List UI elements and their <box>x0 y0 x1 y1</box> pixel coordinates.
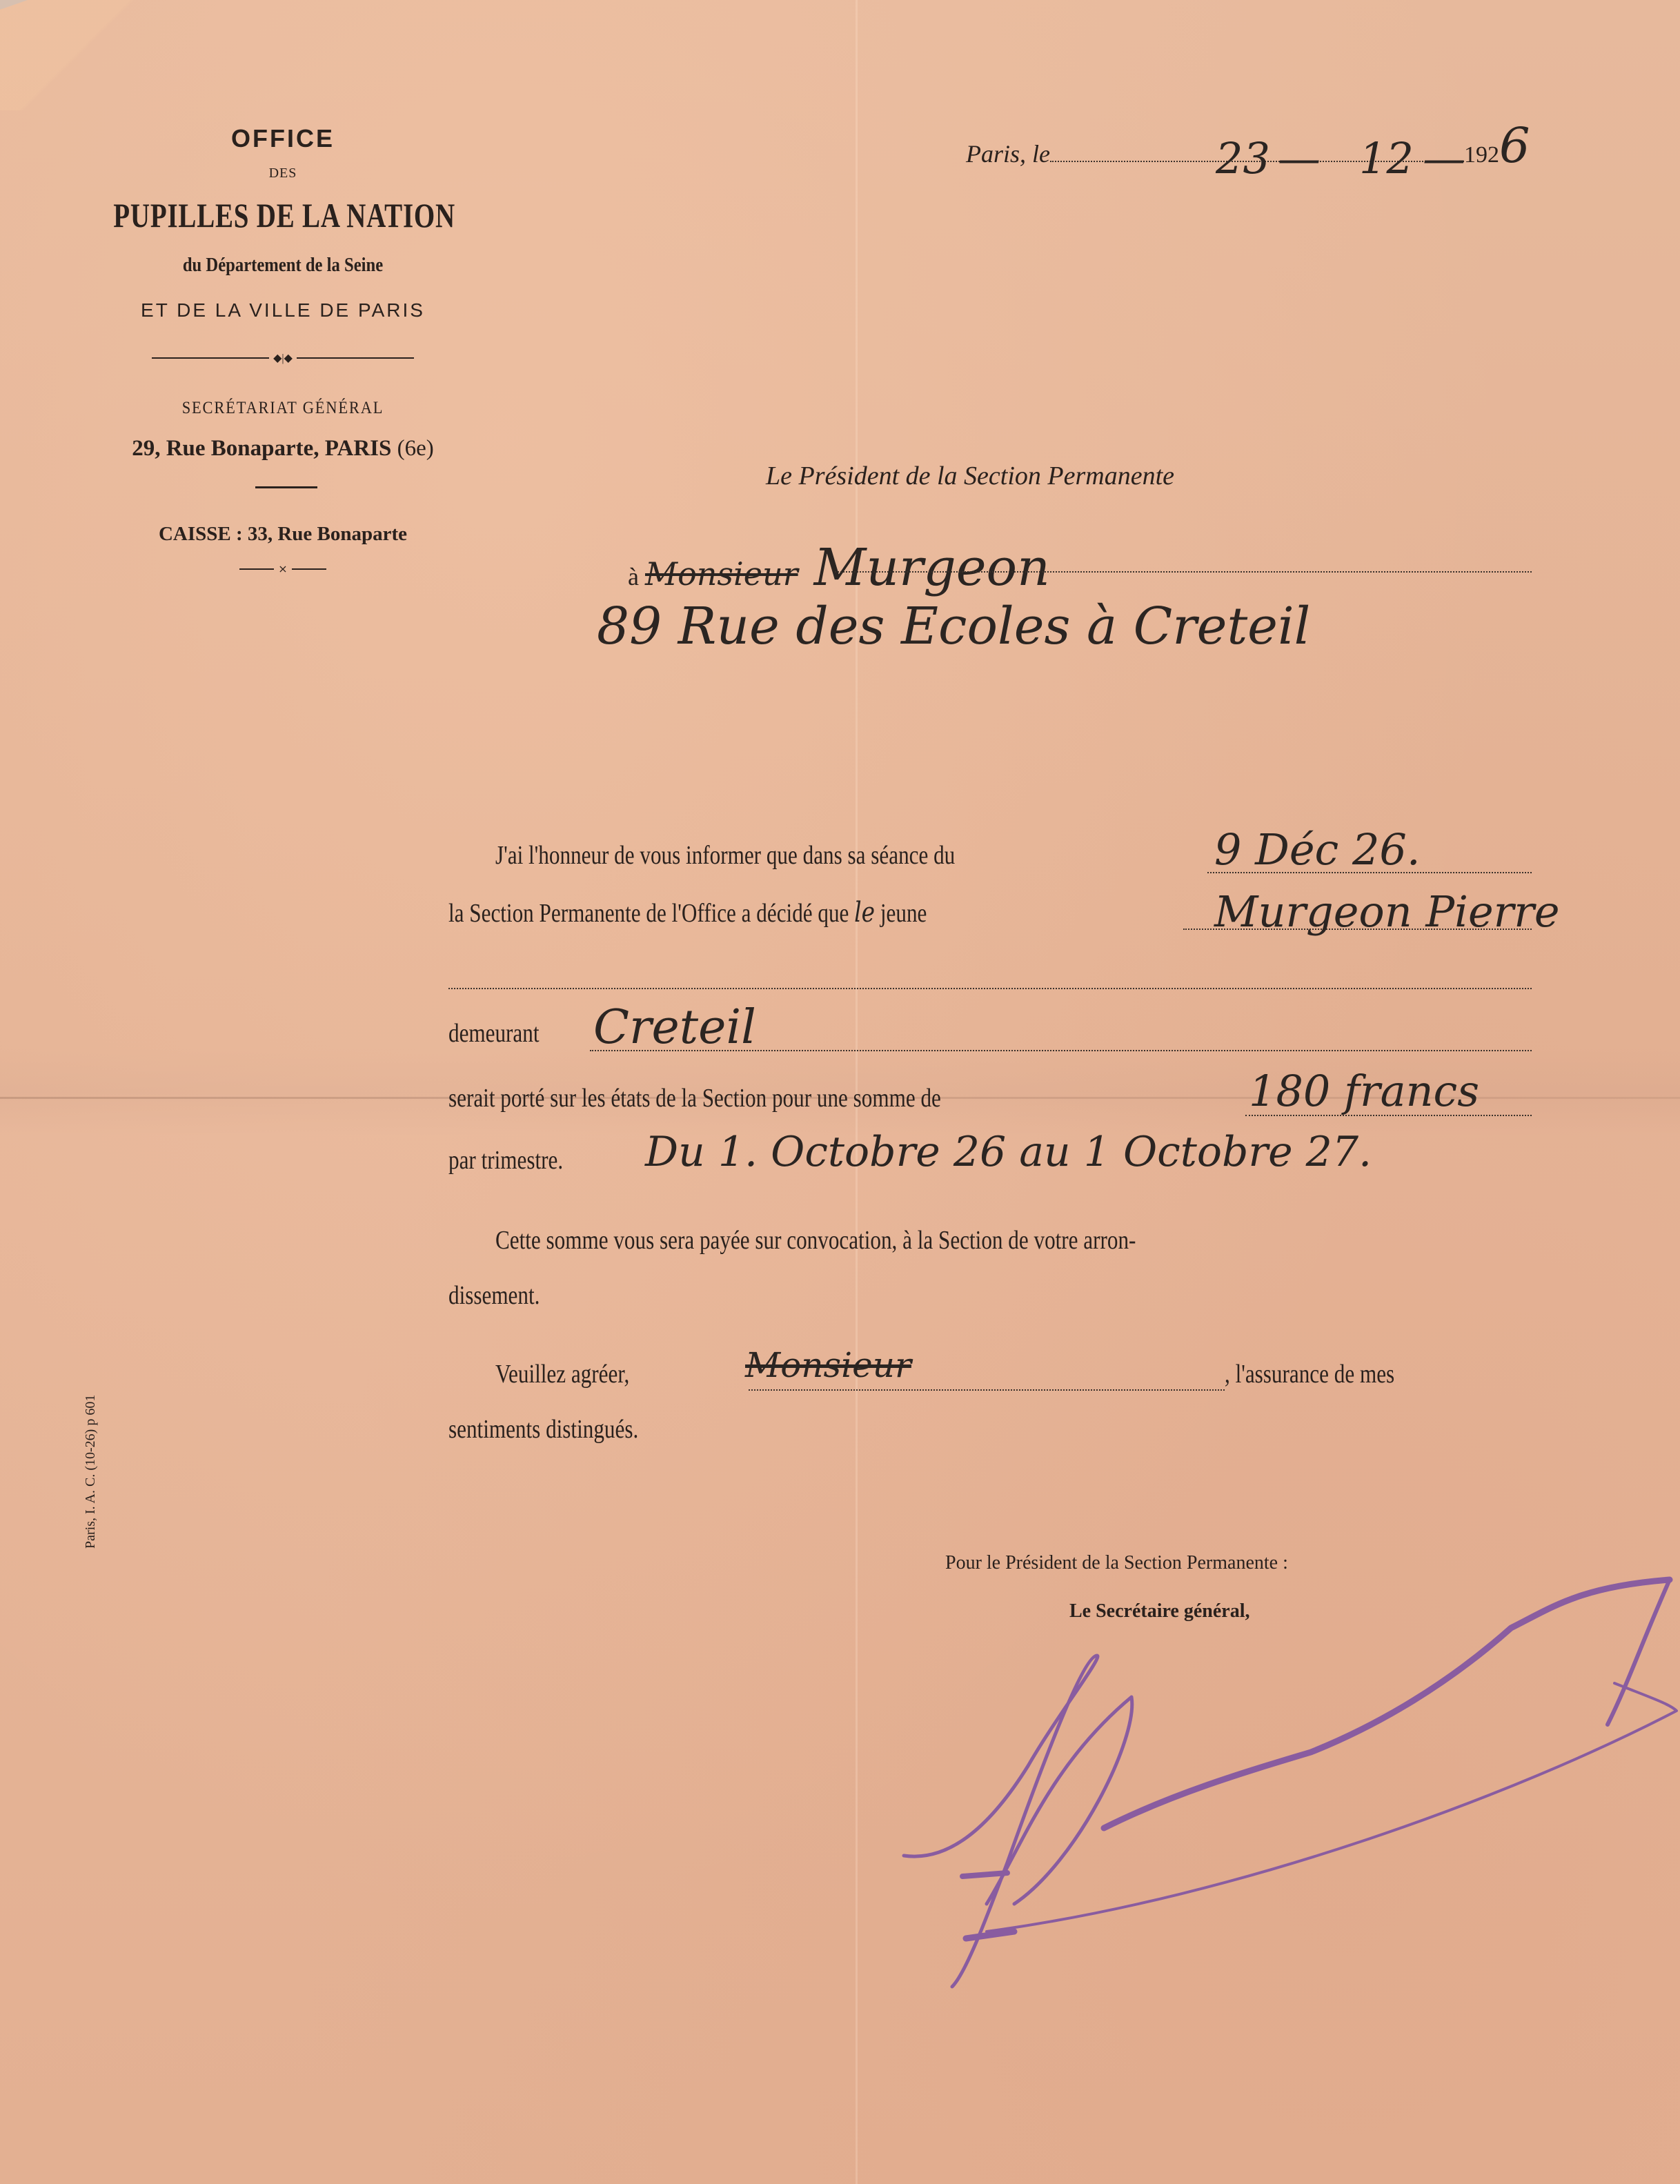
signature-scrawl <box>0 0 1680 2184</box>
printer-imprint: Paris, I. A. C. (10-26) p 601 <box>83 1395 99 1549</box>
